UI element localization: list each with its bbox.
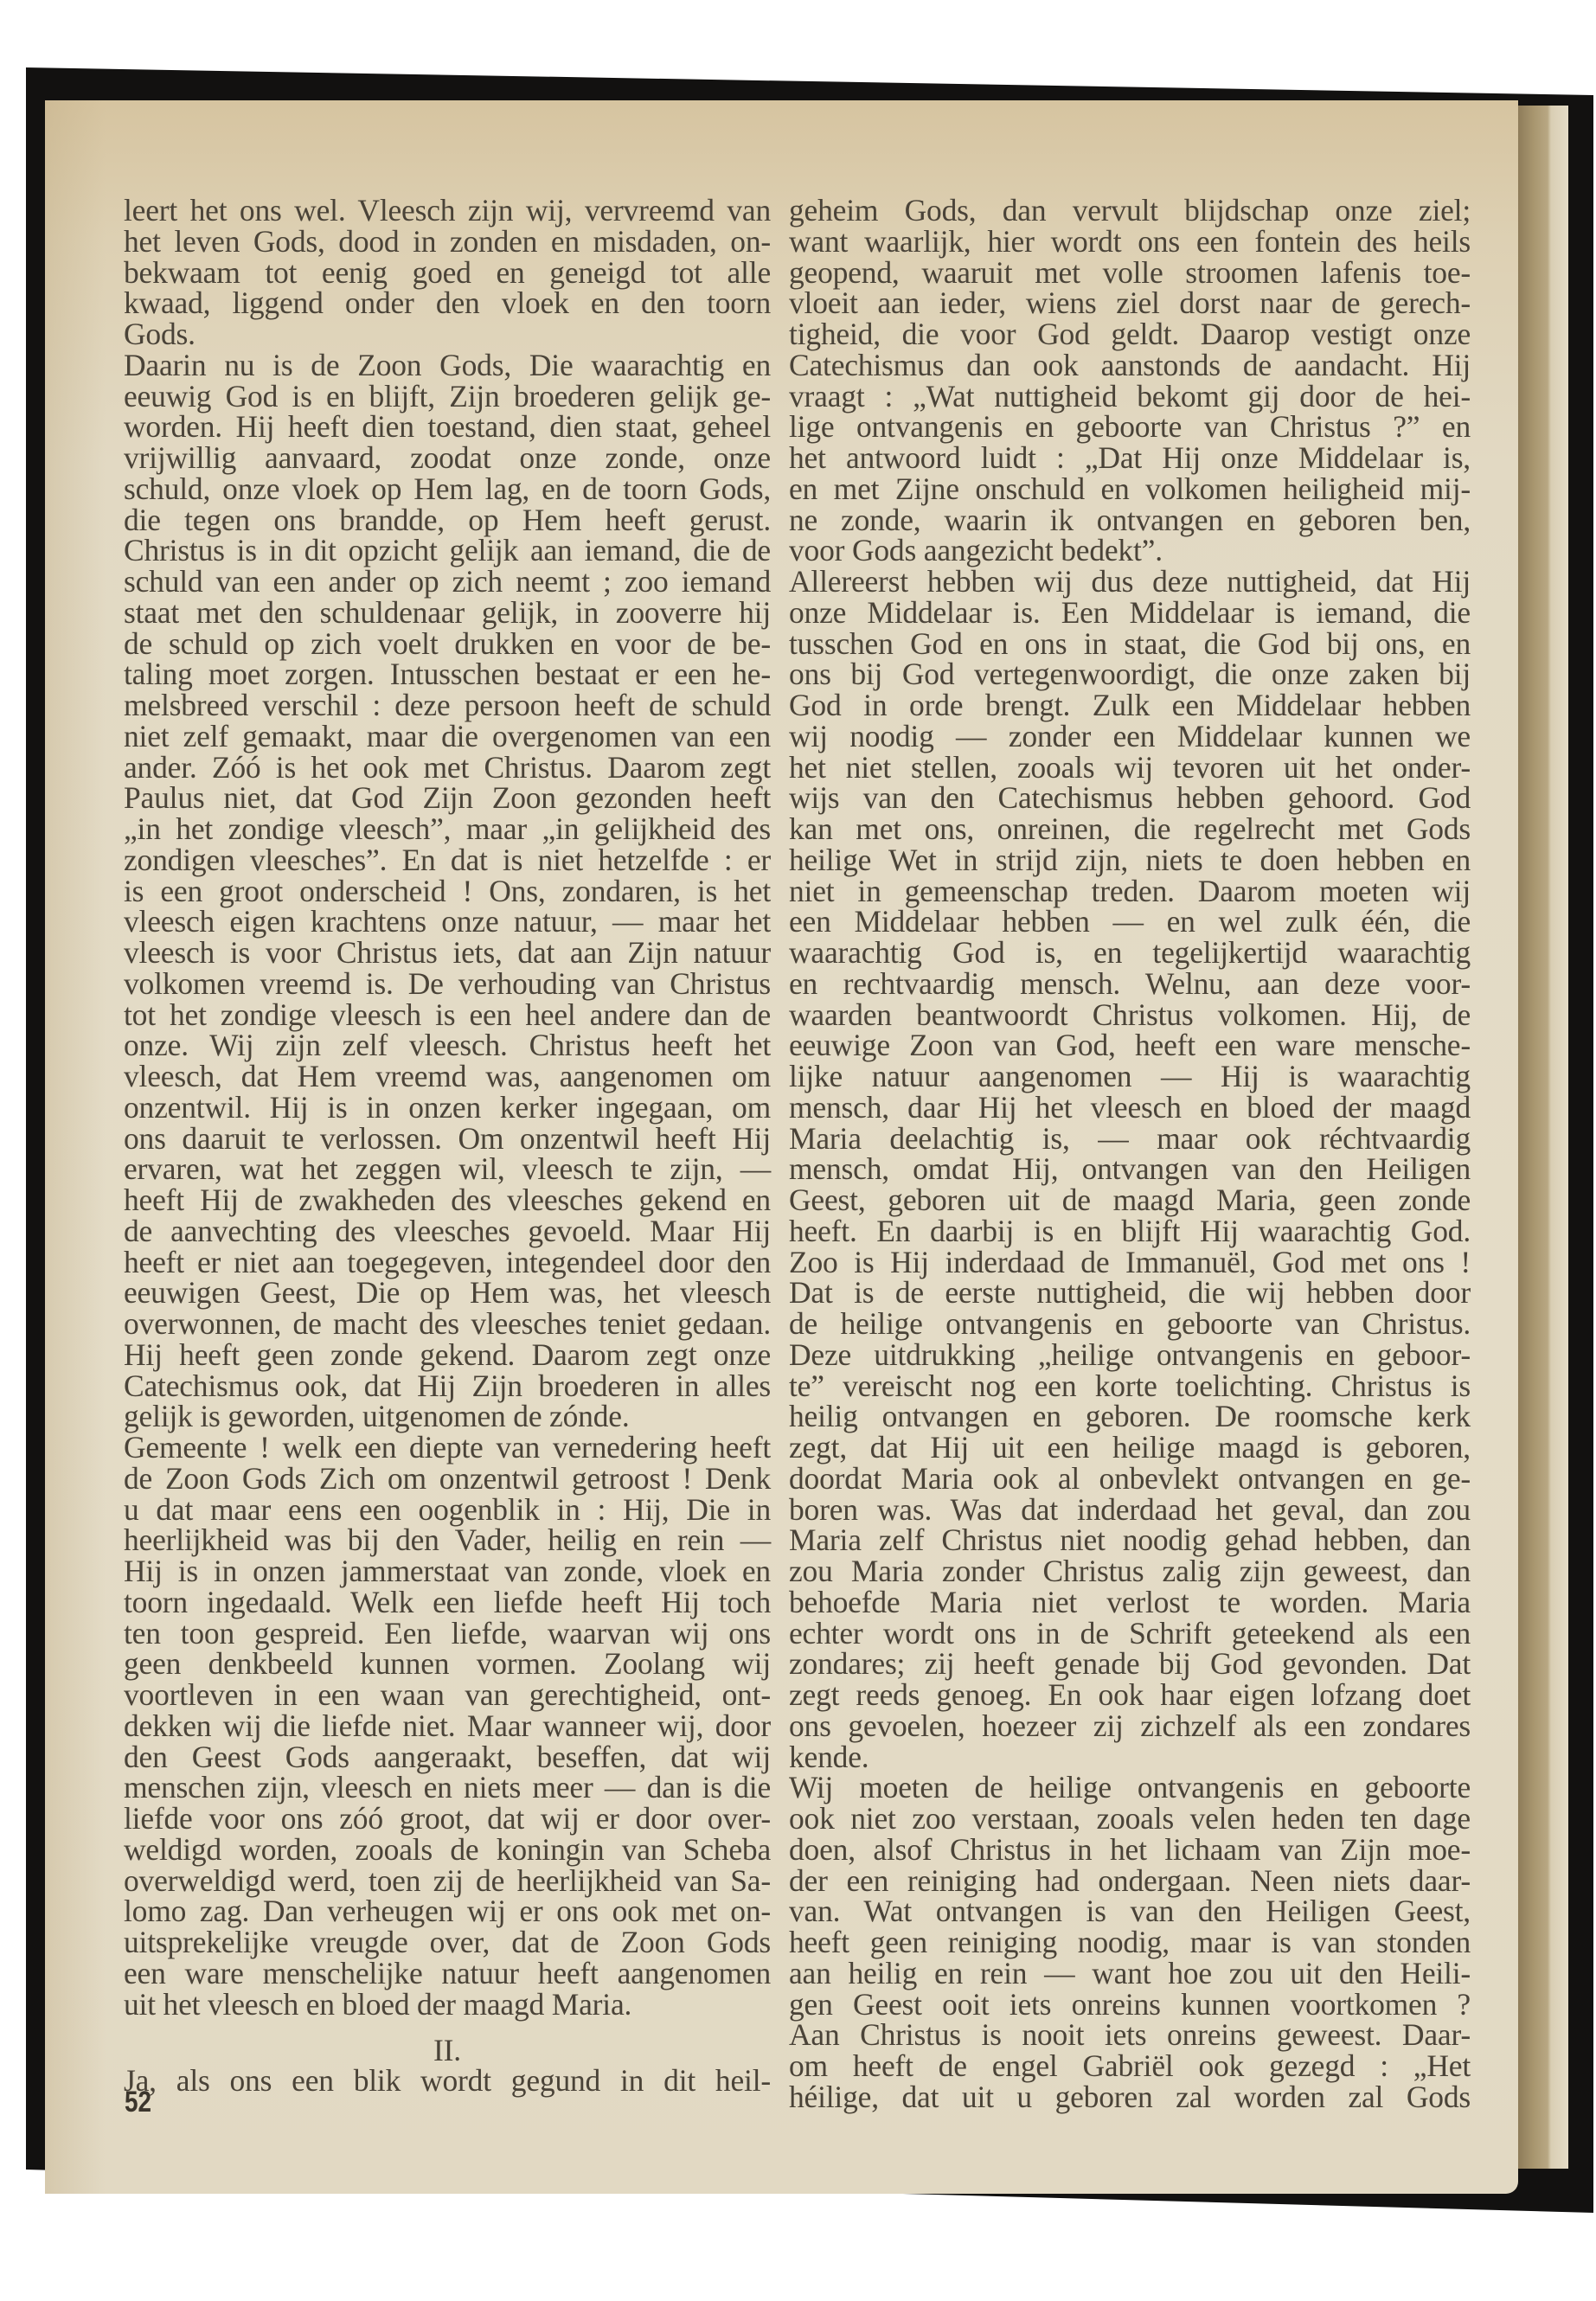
text-line: Gemeente ! welk een diepte van vernederi… (124, 1433, 771, 1464)
text-line: zegt, dat Hij uit een heilige maagd is g… (789, 1433, 1471, 1464)
text-line: wijs van den Catechismus hebben gehoord.… (789, 783, 1471, 814)
text-line: „in het zondige vleesch”, maar „in gelij… (124, 814, 771, 845)
text-line: gelijk is geworden, uitgenomen de zónde. (124, 1401, 771, 1433)
text-line: toorn ingedaald. Welk een liefde heeft H… (124, 1587, 771, 1618)
text-line: de heilige ontvangenis en geboorte van C… (789, 1309, 1471, 1340)
text-line: ne zonde, waarin ik ontvangen en geboren… (789, 505, 1471, 536)
text-line: Aan Christus is nooit iets onreins gewee… (789, 2020, 1471, 2051)
text-line: Zoo is Hij inderdaad de Immanuël, God me… (789, 1247, 1471, 1279)
text-line: heeft. En daarbij is en blijft Hij waara… (789, 1216, 1471, 1247)
text-line: niet zelf gemaakt, maar die overgenomen … (124, 721, 771, 753)
text-line: vleesch is voor Christus iets, dat aan Z… (124, 938, 771, 969)
text-line: Dat is de eerste nuttigheid, die wij heb… (789, 1278, 1471, 1309)
text-line: voortleven in een waan van gerechtigheid… (124, 1680, 771, 1711)
text-line: worden. Hij heeft dien toestand, dien st… (124, 412, 771, 443)
text-line: der een reiniging had ondergaan. Neen ni… (789, 1866, 1471, 1897)
text-line: een ware menschelijke natuur heeft aange… (124, 1958, 771, 1990)
text-line: niet in gemeenschap treden. Daarom moete… (789, 876, 1471, 907)
text-line: menschen zijn, vleesch en niets meer — d… (124, 1772, 771, 1804)
text-line: doen, alsof Christus in het lichaam van … (789, 1835, 1471, 1866)
text-line: van. Wat ontvangen is van den Heiligen G… (789, 1896, 1471, 1927)
text-line: heilige Wet in strijd zijn, niets te doe… (789, 845, 1471, 876)
text-line: lomo zag. Dan verheugen wij er ons ook m… (124, 1896, 771, 1927)
text-line: aan heilig en rein — want hoe zou uit de… (789, 1958, 1471, 1990)
text-line: schuld van een ander op zich neemt ; zoo… (124, 567, 771, 598)
text-line: Wij moeten de heilige ontvangenis en geb… (789, 1772, 1471, 1804)
text-line: geheim Gods, dan vervult blijdschap onze… (789, 195, 1471, 227)
text-line: geen denkbeeld kunnen vormen. Zoolang wi… (124, 1649, 771, 1680)
text-line: om heeft de engel Gabriël ook gezegd : „… (789, 2051, 1471, 2082)
text-line: Ja, als ons een blik wordt gegund in dit… (124, 2066, 771, 2097)
text-line: tot het zondige vleesch is een heel ande… (124, 1000, 771, 1031)
text-line: leert het ons wel. Vleesch zijn wij, ver… (124, 195, 771, 227)
text-line: is een groot onderscheid ! Ons, zondaren… (124, 876, 771, 907)
book-page: leert het ons wel. Vleesch zijn wij, ver… (45, 100, 1518, 2194)
text-line: Catechismus dan ook aanstonds de aandach… (789, 350, 1471, 381)
text-line: tigheid, die voor God geldt. Daarop vest… (789, 319, 1471, 350)
text-line: volkomen vreemd is. De verhouding van Ch… (124, 969, 771, 1000)
text-line: vleesch eigen krachtens onze natuur, — m… (124, 907, 771, 938)
text-line: vloeit aan ieder, wiens ziel dorst naar … (789, 288, 1471, 319)
text-line: ook niet zoo verstaan, zooals velen hede… (789, 1804, 1471, 1835)
text-line: wij noodig — zonder een Middelaar kunnen… (789, 721, 1471, 753)
text-line: het niet stellen, zooals wij tevoren uit… (789, 753, 1471, 784)
text-line: heilig ontvangen en geboren. De roomsche… (789, 1401, 1471, 1433)
text-line: voor Gods aangezicht bedekt”. (789, 535, 1471, 567)
text-line: Paulus niet, dat God Zijn Zoon gezonden … (124, 783, 771, 814)
text-line: tusschen God en ons in staat, die God bi… (789, 629, 1471, 660)
text-line: waarachtig God is, en tegelijkertijd waa… (789, 938, 1471, 969)
text-line: eeuwige Zoon van God, heeft een ware men… (789, 1030, 1471, 1061)
text-line: en met Zijne onschuld en volkomen heilig… (789, 474, 1471, 505)
text-line: kende. (789, 1742, 1471, 1773)
text-line: Deze uitdrukking „heilige ontvangenis en… (789, 1340, 1471, 1371)
text-line: onze Middelaar is. Een Middelaar is iema… (789, 598, 1471, 629)
text-line: een Middelaar hebben — en wel zulk één, … (789, 907, 1471, 938)
text-line: ervaren, wat het zeggen wil, vleesch te … (124, 1154, 771, 1185)
text-line: het antwoord luidt : „Dat Hij onze Midde… (789, 443, 1471, 474)
text-line: vleesch, dat Hem vreemd was, aangenomen … (124, 1061, 771, 1093)
text-line: uitsprekelijke vreugde over, dat de Zoon… (124, 1927, 771, 1958)
next-page-edge (1518, 106, 1568, 2169)
text-line: schuld, onze vloek op Hem lag, en de too… (124, 474, 771, 505)
text-line: Allereerst hebben wij dus deze nuttighei… (789, 567, 1471, 598)
text-line: geopend, waaruit met volle stroomen lafe… (789, 258, 1471, 289)
text-line: Gods. (124, 319, 771, 350)
text-line: God in orde brengt. Zulk een Middelaar h… (789, 690, 1471, 721)
text-line: boren was. Was dat inderdaad het geval, … (789, 1495, 1471, 1526)
text-line: u dat maar eens een oogenblik in : Hij, … (124, 1495, 771, 1526)
text-line: Daarin nu is de Zoon Gods, Die waarachti… (124, 350, 771, 381)
text-line: heeft geen reiniging noodig, maar is van… (789, 1927, 1471, 1958)
text-line: waarden beantwoordt Christus volkomen. H… (789, 1000, 1471, 1031)
text-line: gen Geest ooit iets onreins kunnen voort… (789, 1990, 1471, 2021)
text-line: en rechtvaardig mensch. Welnu, aan deze … (789, 969, 1471, 1000)
text-line: bekwaam tot eenig goed en geneigd tot al… (124, 258, 771, 289)
section-heading: II. (124, 2020, 771, 2066)
text-line: kwaad, liggend onder den vloek en den to… (124, 288, 771, 319)
text-line: zou Maria zonder Christus zalig zijn gew… (789, 1556, 1471, 1587)
text-line: mensch, omdat Hij, ontvangen van den Hei… (789, 1154, 1471, 1185)
text-line: doordat Maria ook al onbevlekt ontvangen… (789, 1464, 1471, 1495)
text-line: melsbreed verschil : deze persoon heeft … (124, 690, 771, 721)
text-line: mensch, daar Hij het vleesch en bloed de… (789, 1093, 1471, 1124)
text-line: onzentwil. Hij is in onzen kerker ingega… (124, 1093, 771, 1124)
text-line: ons gevoelen, hoezeer zij zichzelf als e… (789, 1711, 1471, 1742)
text-line: de aanvechting des vleesches gevoeld. Ma… (124, 1216, 771, 1247)
text-line: héilige, dat uit u geboren zal worden za… (789, 2082, 1471, 2113)
text-line: Hij heeft geen zonde gekend. Daarom zegt… (124, 1340, 771, 1371)
text-line: onze. Wij zijn zelf vleesch. Christus he… (124, 1030, 771, 1061)
text-line: den Geest Gods aangeraakt, beseffen, dat… (124, 1742, 771, 1773)
text-line: vraagt : „Wat nuttigheid bekomt gij door… (789, 381, 1471, 413)
text-line: zondigen vleesches”. En dat is niet hetz… (124, 845, 771, 876)
text-line: ten toon gespreid. Een liefde, waarvan w… (124, 1618, 771, 1650)
text-line: kan met ons, onreinen, die regelrecht me… (789, 814, 1471, 845)
text-line: vrijwillig aanvaard, zoodat onze zonde, … (124, 443, 771, 474)
text-line: heeft er niet aan toegegeven, integendee… (124, 1247, 771, 1279)
text-line: lijke natuur aangenomen — Hij is waarach… (789, 1061, 1471, 1093)
text-line: overwonnen, de macht des vleesches tenie… (124, 1309, 771, 1340)
text-line: behoefde Maria niet verlost te worden. M… (789, 1587, 1471, 1618)
text-line: heerlijkheid was bij den Vader, heilig e… (124, 1525, 771, 1556)
page-number: 52 (125, 2086, 151, 2119)
text-line: liefde voor ons zóó groot, dat wij er do… (124, 1804, 771, 1835)
text-line: staat met den schuldenaar gelijk, in zoo… (124, 598, 771, 629)
text-line: overweldigd werd, toen zij de heerlijkhe… (124, 1866, 771, 1897)
text-line: Christus is in dit opzicht gelijk aan ie… (124, 535, 771, 567)
text-line: die tegen ons brandde, op Hem heeft geru… (124, 505, 771, 536)
text-line: eeuwig God is en blijft, Zijn broederen … (124, 381, 771, 413)
text-line: weldigd worden, zooals de koningin van S… (124, 1835, 771, 1866)
text-line: te” vereischt nog een korte toelichting.… (789, 1371, 1471, 1402)
text-line: Maria deelachtig is, — maar ook réchtvaa… (789, 1124, 1471, 1155)
text-line: dekken wij die liefde niet. Maar wanneer… (124, 1711, 771, 1742)
text-line: Maria zelf Christus niet noodig gehad he… (789, 1525, 1471, 1556)
right-column: geheim Gods, dan vervult blijdschap onze… (789, 195, 1471, 2113)
text-line: Catechismus ook, dat Hij Zijn broederen … (124, 1371, 771, 1402)
text-line: taling moet zorgen. Intusschen bestaat e… (124, 659, 771, 690)
text-line: want waarlijk, hier wordt ons een fontei… (789, 227, 1471, 258)
text-line: de Zoon Gods Zich om onzentwil getroost … (124, 1464, 771, 1495)
text-line: de schuld op zich voelt drukken en voor … (124, 629, 771, 660)
text-line: ons bij God vertegenwoordigt, die onze z… (789, 659, 1471, 690)
text-line: lige ontvangenis en geboorte van Christu… (789, 412, 1471, 443)
text-line: ons daaruit te verlossen. Om onzentwil h… (124, 1124, 771, 1155)
text-line: ander. Zóó is het ook met Christus. Daar… (124, 753, 771, 784)
text-line: uit het vleesch en bloed der maagd Maria… (124, 1990, 771, 2021)
text-line: Geest, geboren uit de maagd Maria, geen … (789, 1185, 1471, 1216)
text-line: het leven Gods, dood in zonden en misdad… (124, 227, 771, 258)
left-column: leert het ons wel. Vleesch zijn wij, ver… (124, 195, 771, 2097)
text-line: heeft Hij de zwakheden des vleesches gek… (124, 1185, 771, 1216)
text-line: Hij is in onzen jammerstaat van zonde, v… (124, 1556, 771, 1587)
text-line: zondares; zij heeft genade bij God gevon… (789, 1649, 1471, 1680)
text-line: zegt reeds genoeg. En ook haar eigen lof… (789, 1680, 1471, 1711)
text-line: eeuwigen Geest, Die op Hem was, het vlee… (124, 1278, 771, 1309)
text-line: echter wordt ons in de Schrift geteekend… (789, 1618, 1471, 1650)
